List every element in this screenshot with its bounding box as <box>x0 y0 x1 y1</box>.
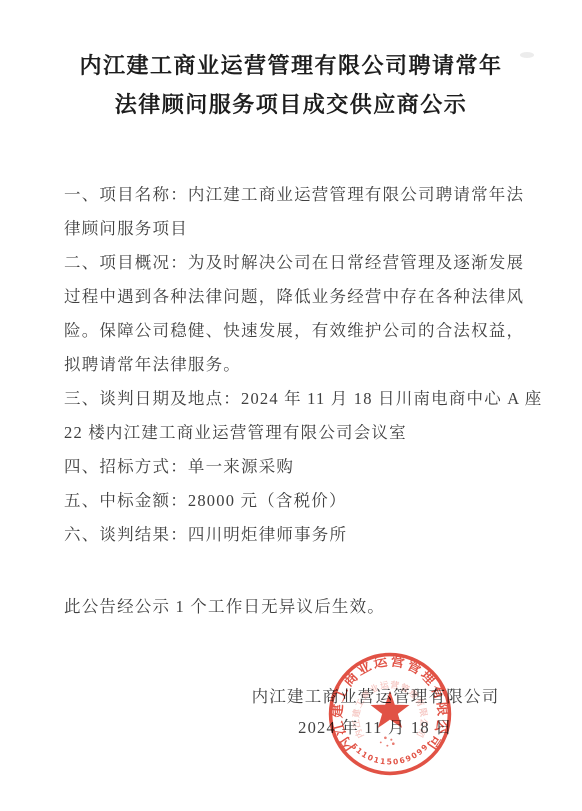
notice-text: 此公告经公示 1 个工作日无异议后生效。 <box>64 590 524 624</box>
signature-date: 2024 年 11 月 18 日 <box>228 712 523 743</box>
title-line-2: 法律顾问服务项目成交供应商公示 <box>30 85 552 124</box>
signature-company: 内江建工商业营运管理有限公司 <box>228 681 523 712</box>
paragraph-line: 五、中标金额：28000 元（含税价） <box>64 484 524 518</box>
paragraph-project-name: 一、项目名称：内江建工商业运营管理有限公司聘请常年法 律顾问服务项目 <box>64 178 524 246</box>
paragraph-negotiation-result: 六、谈判结果：四川明炬律师事务所 <box>64 518 524 552</box>
paragraph-line: 二、项目概况：为及时解决公司在日常经营管理及逐渐发展 <box>64 246 524 280</box>
paragraph-award-amount: 五、中标金额：28000 元（含税价） <box>64 484 524 518</box>
paragraph-line: 六、谈判结果：四川明炬律师事务所 <box>64 518 524 552</box>
paragraph-line: 一、项目名称：内江建工商业运营管理有限公司聘请常年法 <box>64 178 524 212</box>
document-body: 一、项目名称：内江建工商业运营管理有限公司聘请常年法 律顾问服务项目 二、项目概… <box>64 178 524 624</box>
title-line-1: 内江建工商业运营管理有限公司聘请常年 <box>30 46 552 85</box>
paragraph-bidding-method: 四、招标方式：单一来源采购 <box>64 450 524 484</box>
paragraph-project-overview: 二、项目概况：为及时解决公司在日常经营管理及逐渐发展 过程中遇到各种法律问题，降… <box>64 246 524 382</box>
signature-block: 内江建工商业营运管理有限公司 2024 年 11 月 18 日 <box>228 681 523 743</box>
paragraph-line: 22 楼内江建工商业运营管理有限公司会议室 <box>64 416 524 450</box>
paragraph-line: 四、招标方式：单一来源采购 <box>64 450 524 484</box>
scan-smudge <box>520 52 534 58</box>
seal-number: 5110115069099 <box>349 741 430 766</box>
document-title: 内江建工商业运营管理有限公司聘请常年 法律顾问服务项目成交供应商公示 <box>30 46 552 124</box>
svg-text:5110115069099: 5110115069099 <box>349 741 430 766</box>
paragraph-negotiation-date-place: 三、谈判日期及地点：2024 年 11 月 18 日川南电商中心 A 座 22 … <box>64 382 524 450</box>
paragraph-line: 律顾问服务项目 <box>64 212 524 246</box>
paragraph-line: 险。保障公司稳健、快速发展，有效维护公司的合法权益， <box>64 314 524 348</box>
paragraph-line: 三、谈判日期及地点：2024 年 11 月 18 日川南电商中心 A 座 <box>64 382 524 416</box>
document-page: 内江建工商业运营管理有限公司聘请常年 法律顾问服务项目成交供应商公示 一、项目名… <box>0 0 582 811</box>
paragraph-line: 拟聘请常年法律服务。 <box>64 348 524 382</box>
paragraph-line: 过程中遇到各种法律问题，降低业务经营中存在各种法律风 <box>64 280 524 314</box>
